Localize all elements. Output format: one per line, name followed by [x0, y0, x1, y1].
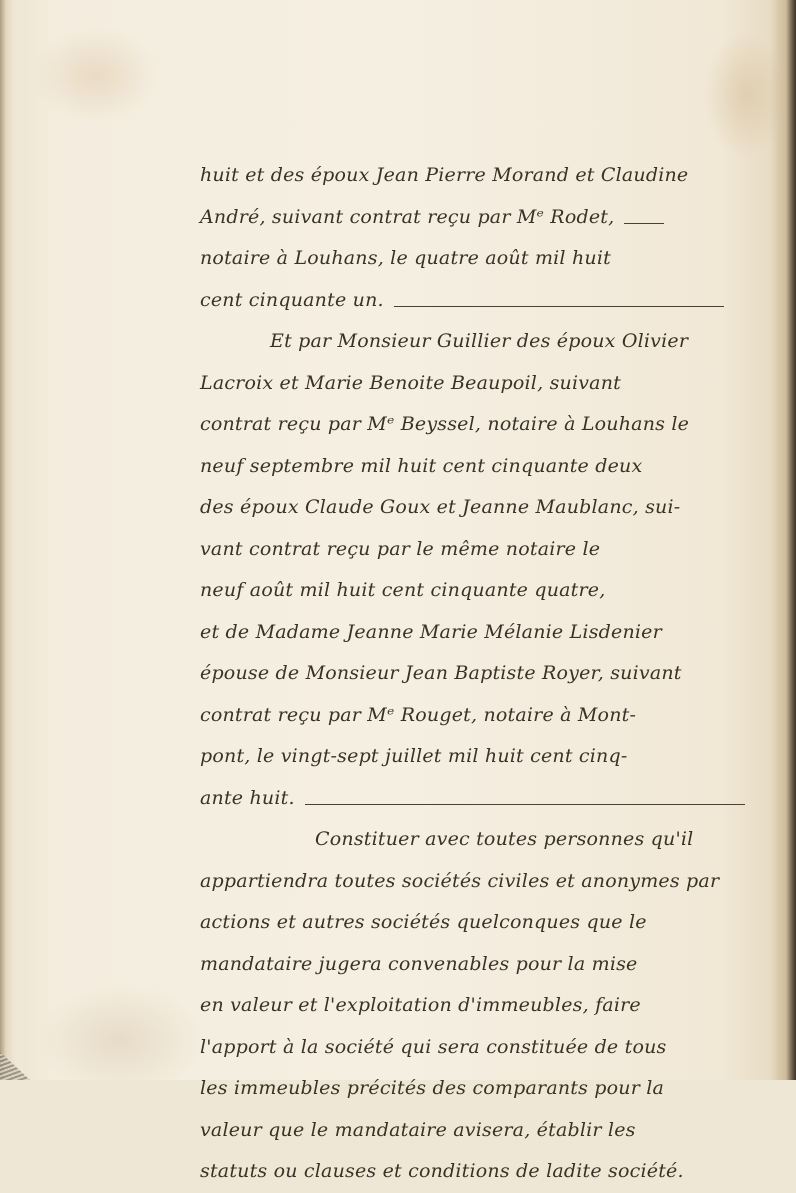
text-line: vant contrat reçu par le même notaire le [200, 529, 760, 571]
text-line: ante huit. [200, 778, 760, 820]
text-line: André, suivant contrat reçu par Mᵉ Rodet… [200, 197, 760, 239]
text-line: l'apport à la société qui sera constitué… [200, 1027, 760, 1069]
text-line: et de Madame Jeanne Marie Mélanie Lisden… [200, 612, 760, 654]
line-filler-rule [394, 306, 724, 308]
text-line: contrat reçu par Mᵉ Rouget, notaire à Mo… [200, 695, 760, 737]
text-line: huit et des époux Jean Pierre Morand et … [200, 155, 760, 197]
binding-shadow [0, 0, 6, 1080]
text-line: cent cinquante un. [200, 280, 760, 322]
text-line: Lacroix et Marie Benoite Beaupoil, suiva… [200, 363, 760, 405]
text-line: épouse de Monsieur Jean Baptiste Royer, … [200, 653, 760, 695]
text-line: mandataire jugera convenables pour la mi… [200, 944, 760, 986]
paragraph-start-line: Et par Monsieur Guillier des époux Olivi… [200, 321, 760, 363]
text-line: pont, le vingt-sept juillet mil huit cen… [200, 736, 760, 778]
text-line: neuf septembre mil huit cent cinquante d… [200, 446, 760, 488]
text-line: en valeur et l'exploitation d'immeubles,… [200, 985, 760, 1027]
line-filler-rule [305, 804, 745, 806]
text-line: les immeubles précités des comparants po… [200, 1068, 760, 1080]
text-line: notaire à Louhans, le quatre août mil hu… [200, 238, 760, 280]
manuscript-page: huit et des époux Jean Pierre Morand et … [0, 0, 796, 1080]
text-line: des époux Claude Goux et Jeanne Maublanc… [200, 487, 760, 529]
text-line: neuf août mil huit cent cinquante quatre… [200, 570, 760, 612]
paragraph-start-line: Constituer avec toutes personnes qu'il [200, 819, 760, 861]
handwritten-text-block: huit et des époux Jean Pierre Morand et … [200, 155, 760, 1080]
text-line: actions et autres sociétés quelconques q… [200, 902, 760, 944]
text-line: appartiendra toutes sociétés civiles et … [200, 861, 760, 903]
line-filler-rule [624, 223, 664, 225]
text-line: contrat reçu par Mᵉ Beyssel, notaire à L… [200, 404, 760, 446]
